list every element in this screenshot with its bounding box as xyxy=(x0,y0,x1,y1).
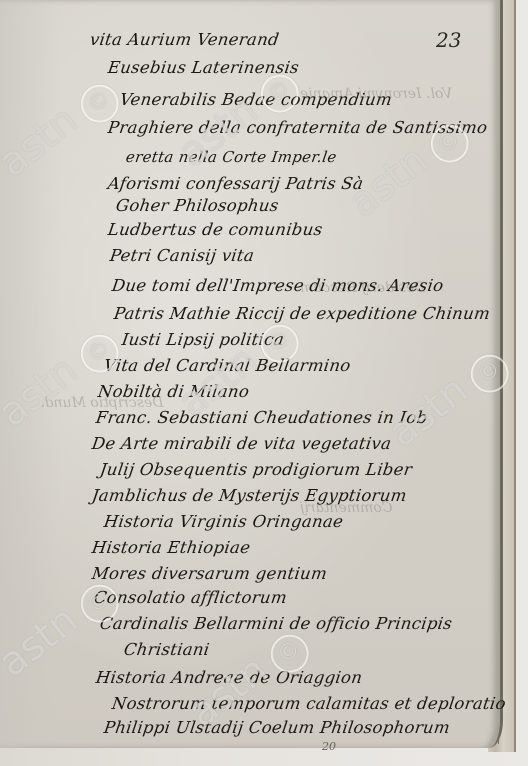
bottom-page-mark: 20 xyxy=(322,740,336,753)
list-item: Nobiltà di Milano xyxy=(97,382,251,401)
list-item: Historia Virginis Oringanae xyxy=(103,512,345,531)
list-item: Aforismi confessarij Patris Sà xyxy=(107,174,365,193)
list-item: Historia Andreae de Oriaggion xyxy=(95,668,364,687)
list-item: Petri Canisij vita xyxy=(109,246,256,265)
list-item: Eusebius Laterinensis xyxy=(107,58,301,77)
list-item: Jamblichus de Mysterijs Egyptiorum xyxy=(91,486,408,505)
list-item: Consolatio afflictorum xyxy=(93,588,289,607)
list-item: Due tomi dell'Imprese di mons. Aresio xyxy=(111,276,445,295)
list-item: Historia Ethiopiae xyxy=(91,538,252,557)
list-item: Mores diversarum gentium xyxy=(91,564,329,583)
list-item: Iusti Lipsij politica xyxy=(121,330,286,349)
list-item: Nostrorum temporum calamitas et deplorat… xyxy=(111,694,508,713)
list-item: Venerabilis Bedae compendium xyxy=(119,90,394,109)
list-item: Ludbertus de comunibus xyxy=(107,220,324,239)
list-item: Patris Mathie Riccij de expeditione Chin… xyxy=(113,304,492,323)
list-item: Philippi Ulstadij Coelum Philosophorum xyxy=(103,718,452,737)
manuscript-page: Vol. Ieronymi Amanie Desiderij Reccum De… xyxy=(0,0,503,748)
list-item: Goher Philosophus xyxy=(115,196,280,215)
list-item: Cardinalis Bellarmini de officio Princip… xyxy=(99,614,454,633)
list-item: vita Aurium Venerand xyxy=(89,30,281,49)
list-item: Julij Obsequentis prodigiorum Liber xyxy=(99,460,414,479)
list-item: Christiani xyxy=(123,640,211,659)
list-item: De Arte mirabili de vita vegetativa xyxy=(91,434,393,453)
entry-list: vita Aurium Venerand Eusebius Laterinens… xyxy=(0,0,500,748)
list-item: Vita del Cardinal Bellarmino xyxy=(103,356,352,375)
list-item: Praghiere della confraternita de Santiss… xyxy=(107,118,489,137)
list-item: eretta nella Corte Imper.le xyxy=(125,148,338,166)
list-item: Franc. Sebastiani Cheudationes in Iob xyxy=(95,408,429,427)
